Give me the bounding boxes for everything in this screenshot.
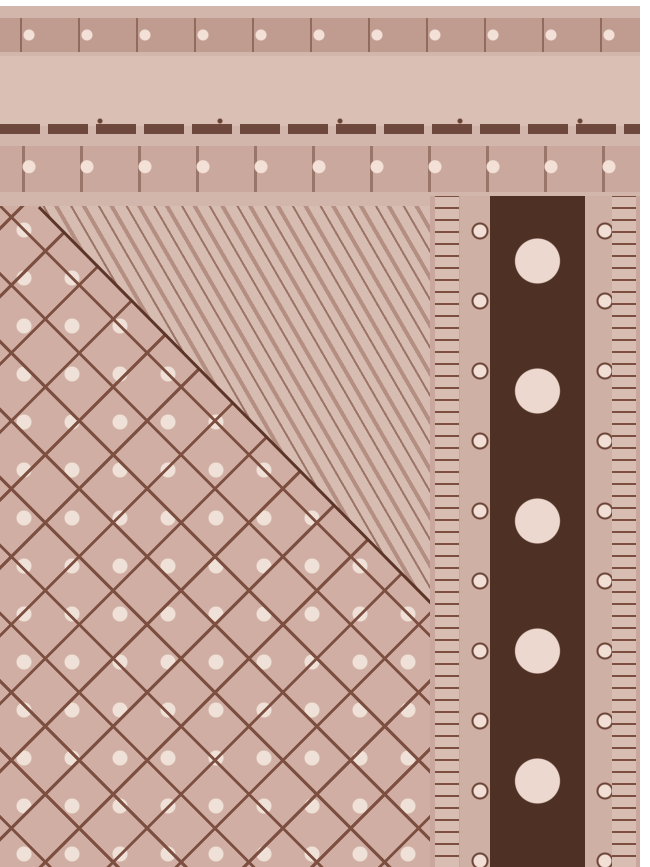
plain-dotted-band [0,56,640,126]
guard-stripe-left [435,196,459,867]
top-floral-band [0,18,640,52]
rug-photo [0,6,640,867]
dark-stripe-line [0,124,640,134]
inner-floral-band [0,146,640,192]
main-border-rosettes [490,196,585,867]
guard-stripe-right [612,196,636,867]
